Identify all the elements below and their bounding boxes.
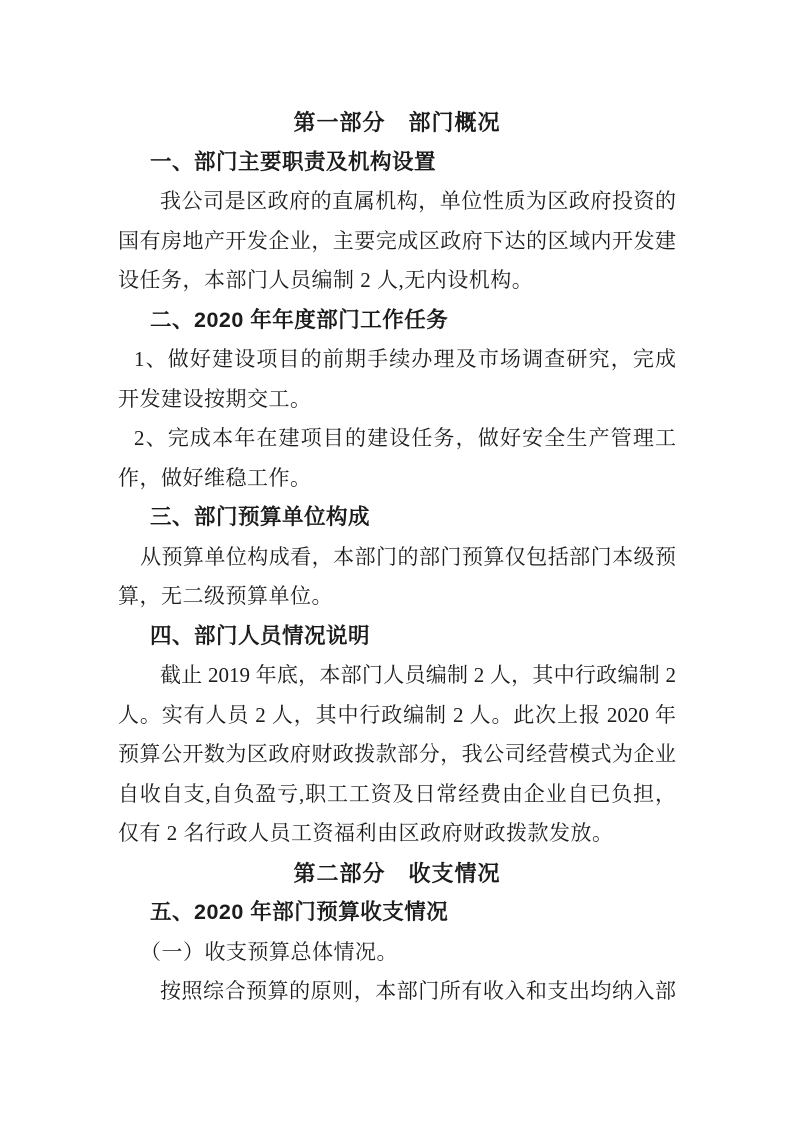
para-personnel-line-5: 仅有 2 名行政人员工资福利由区政府财政拨款发放。	[118, 814, 676, 854]
para-task2-line-1: 2、完成本年在建项目的建设任务，做好安全生产管理工	[118, 419, 676, 459]
para-task1-line-1: 1、做好建设项目的前期手续办理及市场调查研究，完成	[118, 340, 676, 380]
para-task2-line-2: 作，做好维稳工作。	[118, 459, 676, 499]
para-personnel-line-2: 人。实有人员 2 人，其中行政编制 2 人。此次上报 2020 年	[118, 696, 676, 736]
para-comprehensive-line-1: 按照综合预算的原则，本部门所有收入和支出均纳入部	[118, 972, 676, 1012]
heading-personnel: 四、部门人员情况说明	[118, 617, 676, 657]
part2-title: 第二部分 收支情况	[118, 854, 676, 894]
para-budget-units-line-1: 从预算单位构成看，本部门的部门预算仅包括部门本级预	[118, 538, 676, 578]
heading-2020-tasks: 二、2020 年年度部门工作任务	[118, 301, 676, 341]
para-duties-line-1: 我公司是区政府的直属机构，单位性质为区政府投资的	[118, 182, 676, 222]
part1-title: 第一部分 部门概况	[118, 103, 676, 143]
heading-2020-income-expense: 五、2020 年部门预算收支情况	[118, 893, 676, 933]
para-task1-line-2: 开发建设按期交工。	[118, 380, 676, 420]
document-page: 第一部分 部门概况 一、部门主要职责及机构设置 我公司是区政府的直属机构，单位性…	[0, 0, 793, 1122]
para-personnel-line-1: 截止 2019 年底，本部门人员编制 2 人，其中行政编制 2	[118, 656, 676, 696]
subheading-overall-budget: （一）收支预算总体情况。	[118, 933, 676, 973]
heading-budget-units: 三、部门预算单位构成	[118, 498, 676, 538]
heading-duties-structure: 一、部门主要职责及机构设置	[118, 143, 676, 183]
para-duties-line-2: 国有房地产开发企业，主要完成区政府下达的区域内开发建	[118, 222, 676, 262]
para-duties-line-3: 设任务，本部门人员编制 2 人,无内设机构。	[118, 261, 676, 301]
para-budget-units-line-2: 算，无二级预算单位。	[118, 577, 676, 617]
document-content: 第一部分 部门概况 一、部门主要职责及机构设置 我公司是区政府的直属机构，单位性…	[118, 103, 676, 1012]
para-personnel-line-3: 预算公开数为区政府财政拨款部分，我公司经营模式为企业	[118, 735, 676, 775]
para-personnel-line-4: 自收自支,自负盈亏,职工工资及日常经费由企业自已负担，	[118, 775, 676, 815]
